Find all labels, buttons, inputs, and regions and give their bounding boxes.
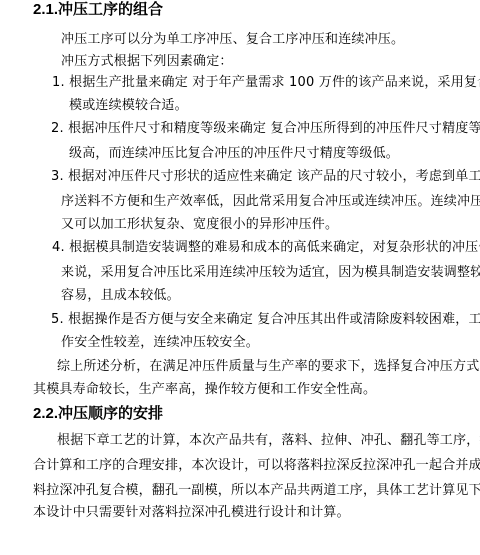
list-item-line: 作安全性较差，连续冲压较安全。: [61, 335, 259, 351]
paragraph-line-4: 本设计中只需要针对落料拉深冲孔模进行设计和计算。: [33, 505, 350, 521]
paragraph-line-2: 合计算和工序的合理安排，本次设计，可以将落料拉深反拉深冲孔一起合并成落: [33, 458, 480, 474]
paragraph-line-3: 料拉深冲孔复合模，翻孔一副模，所以本产品共两道工序，具体工艺计算见下章。: [33, 483, 480, 499]
section-heading-2-2: 2.2.冲压顺序的安排: [33, 405, 163, 423]
list-item-line: 来说，采用复合冲压比采用连续冲压较为适宜，因为模具制造安装调整较: [61, 265, 480, 281]
summary-line-2: 其模具寿命较长，生产率高，操作较方便和工作安全性高。: [33, 382, 376, 398]
list-item-line: 1. 根据生产批量来确定 对于年产量需求 100 万件的该产品来说，采用复合: [52, 75, 480, 91]
list-item-line: 模或连续模较合适。: [69, 98, 188, 114]
paragraph-line-1: 根据下章工艺的计算，本次产品共有，落料、拉伸、冲孔、翻孔等工序，结: [57, 433, 480, 449]
list-item-line: 5. 根据操作是否方便与安全来确定 复合冲压其出件或清除废料较困难，工: [51, 312, 480, 328]
list-item-line: 4. 根据模具制造安装调整的难易和成本的高低来确定，对复杂形状的冲压件: [52, 240, 480, 256]
list-item-line: 容易，且成本较低。: [61, 288, 180, 304]
list-item-line: 又可以加工形状复杂、宽度很小的异形冲压件。: [61, 217, 338, 233]
intro-line-1: 冲压工序可以分为单工序冲压、复合工序冲压和连续冲压。: [61, 32, 404, 48]
summary-line-1: 综上所述分析，在满足冲压件质量与生产率的要求下，选择复合冲压方式，: [57, 359, 480, 375]
list-item-line: 2. 根据冲压件尺寸和精度等级来确定 复合冲压所得到的冲压件尺寸精度等: [51, 121, 480, 137]
list-item-line: 3. 根据对冲压件尺寸形状的适应性来确定 该产品的尺寸较小，考虑到单工: [51, 169, 480, 185]
list-item-line: 序送料不方便和生产效率低，因此常采用复合冲压或连续冲压。连续冲压: [61, 194, 480, 210]
intro-line-2: 冲压方式根据下列因素确定：: [61, 54, 233, 70]
list-item-line: 级高，而连续冲压比复合冲压的冲压件尺寸精度等级低。: [69, 146, 399, 162]
section-heading-2-1: 2.1.冲压工序的组合: [33, 1, 163, 19]
